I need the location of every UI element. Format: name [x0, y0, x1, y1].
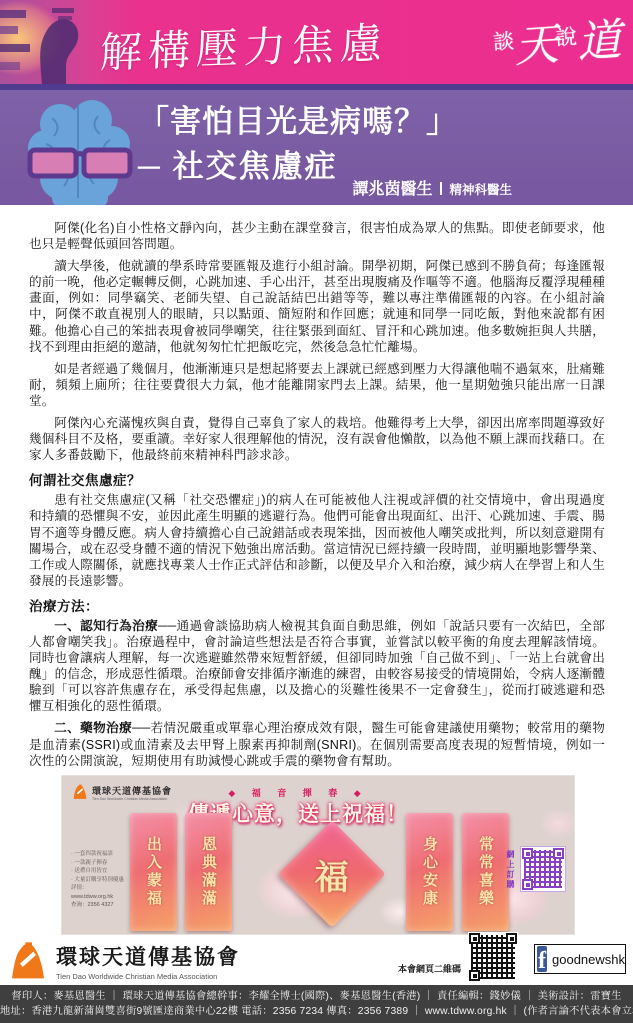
section-heading-definition: 何謂社交焦慮症？	[29, 472, 605, 490]
paragraph: 阿傑(化名)自小性格文靜內向，甚少主動在課堂發言，很害怕成為眾人的焦點。即使老師…	[29, 220, 605, 252]
red-packet: 身心安康	[406, 813, 453, 931]
ad-details-label: 詳情：	[71, 884, 129, 893]
qr-finder	[469, 933, 480, 944]
paragraph-treatment-1: 一、認知行為治療──通過會談協助病人檢視其負面自動思維，例如「說話只要有一次結巴…	[29, 618, 605, 715]
brand-char: 天	[512, 8, 558, 75]
author-title: 精神科醫生	[449, 183, 512, 197]
author-separator	[440, 182, 442, 195]
qr-finder	[522, 848, 533, 859]
newsletter-page: 解構壓力焦慮 談天說道 「害怕目光是病嗎？」	[0, 0, 633, 1023]
red-packet-text: 身心安康	[419, 836, 440, 908]
title-banner: 「害怕目光是病嗎？」 ─ 社交焦慮症 譚兆茵醫生精神科醫生	[0, 90, 633, 205]
order-qr-code[interactable]	[520, 846, 566, 892]
fortune-character: 福	[315, 850, 349, 899]
cny-greeting-ad: 環球天道傳基協會 Tien Dao Worldwide Christian Me…	[62, 776, 574, 934]
brand-char: 談	[492, 25, 515, 56]
footer-org-logo: 環球天道傳基協會 Tien Dao Worldwide Christian Me…	[8, 940, 240, 982]
article-title-line1: 「害怕目光是病嗎？」	[138, 100, 458, 144]
footer-qr-label: 本會網頁二維碼	[398, 962, 461, 975]
red-packet-text: 出入蒙福	[143, 836, 164, 908]
qr-finder	[522, 879, 533, 890]
qr-finder	[469, 970, 480, 981]
credits-line2: 地址：香港九龍新蒲崗雙喜街9號匯達商業中心22樓 電話：2356 7234 傳真…	[0, 1004, 633, 1019]
footer-org-name-en: Tien Dao Worldwide Christian Media Assoc…	[56, 972, 240, 981]
online-order-label: 網上訂購	[505, 850, 516, 890]
footer: 環球天道傳基協會 Tien Dao Worldwide Christian Me…	[0, 938, 633, 985]
masthead: 解構壓力焦慮 談天說道	[0, 0, 633, 84]
treatment-1-label: 一、認知行為治療	[54, 619, 158, 633]
website-qr-code[interactable]	[468, 932, 518, 982]
red-packet: 出入蒙福	[130, 813, 177, 931]
brand-logo: 談天說道	[491, 4, 621, 77]
article-body: 阿傑(化名)自小性格文靜內向，甚少主動在課堂發言，很害怕成為眾人的焦點。即使老師…	[0, 205, 633, 776]
red-packet: 常常喜樂	[462, 813, 509, 931]
facebook-handle: goodnewshk	[552, 952, 625, 967]
paragraph: 阿傑內心充滿愧疚與自責，覺得自己辜負了家人的栽培。他難得考上大學，卻因出席率問題…	[29, 415, 605, 463]
ad-bullet: 一套四款祝福語	[71, 850, 129, 859]
paragraph-treatment-2: 二、藥物治療──若情況嚴重或單靠心理治療成效有限，醫生可能會建議使用藥物；較常用…	[29, 720, 605, 768]
red-packet-text: 恩典滿滿	[198, 836, 219, 908]
ad-website-link[interactable]: www.tdww.org.hk	[71, 893, 129, 902]
paragraph: 讀大學後，他就讀的學系時常要匯報及進行小組討論。開學初期，阿傑已感到不勝負荷；每…	[29, 258, 605, 355]
qr-finder	[506, 933, 517, 944]
paragraph: 如是者經過了幾個月，他漸漸連只是想起將要去上課就已經感到壓力大得讓他喘不過氣來，…	[29, 361, 605, 409]
author-name: 譚兆茵醫生	[352, 181, 432, 198]
ad-details-list: 一套四款祝福語 一款親子揮春 送禮自用皆宜 大量訂購享特別優惠 詳情： www.…	[71, 850, 129, 910]
series-title: 解構壓力焦慮	[99, 8, 461, 81]
author-byline: 譚兆茵醫生精神科醫生	[0, 176, 512, 199]
ad-bullet: 一款親子揮春	[71, 859, 129, 868]
section-heading-treatment: 治療方法：	[29, 598, 605, 616]
ad-bullet: 送禮自用皆宜	[71, 867, 129, 876]
facebook-badge[interactable]: f goodnewshk	[534, 944, 626, 974]
paragraph: 患有社交焦慮症(又稱「社交恐懼症」)的病人在可能被他人注視或評價的社交情境中，會…	[29, 492, 605, 589]
brand-char: 說	[555, 21, 578, 52]
treatment-2-label: 二、藥物治療	[54, 721, 132, 735]
treatment-1-body: ──通過會談協助病人檢視其負面自動思維，例如「說話只要有一次結巴，全部人都會嘲笑…	[29, 619, 605, 713]
red-packet-text: 常常喜樂	[475, 836, 496, 908]
qr-finder	[553, 848, 564, 859]
credits-line1: 督印人：麥基恩醫生 ｜ 環球天道傳基協會總幹事：李耀全博士(國際)、麥基恩醫生(…	[0, 989, 633, 1004]
credits-bar: 督印人：麥基恩醫生 ｜ 環球天道傳基協會總幹事：李耀全博士(國際)、麥基恩醫生(…	[0, 985, 633, 1023]
tiendao-logo-icon	[8, 940, 48, 982]
ad-phone: 查詢：2356 4327	[71, 901, 129, 910]
brand-char: 道	[575, 4, 621, 71]
facebook-icon: f	[537, 946, 547, 972]
footer-org-name: 環球天道傳基協會	[56, 941, 240, 971]
red-packet: 恩典滿滿	[185, 813, 232, 931]
ad-bullet: 大量訂購享特別優惠	[71, 876, 129, 885]
